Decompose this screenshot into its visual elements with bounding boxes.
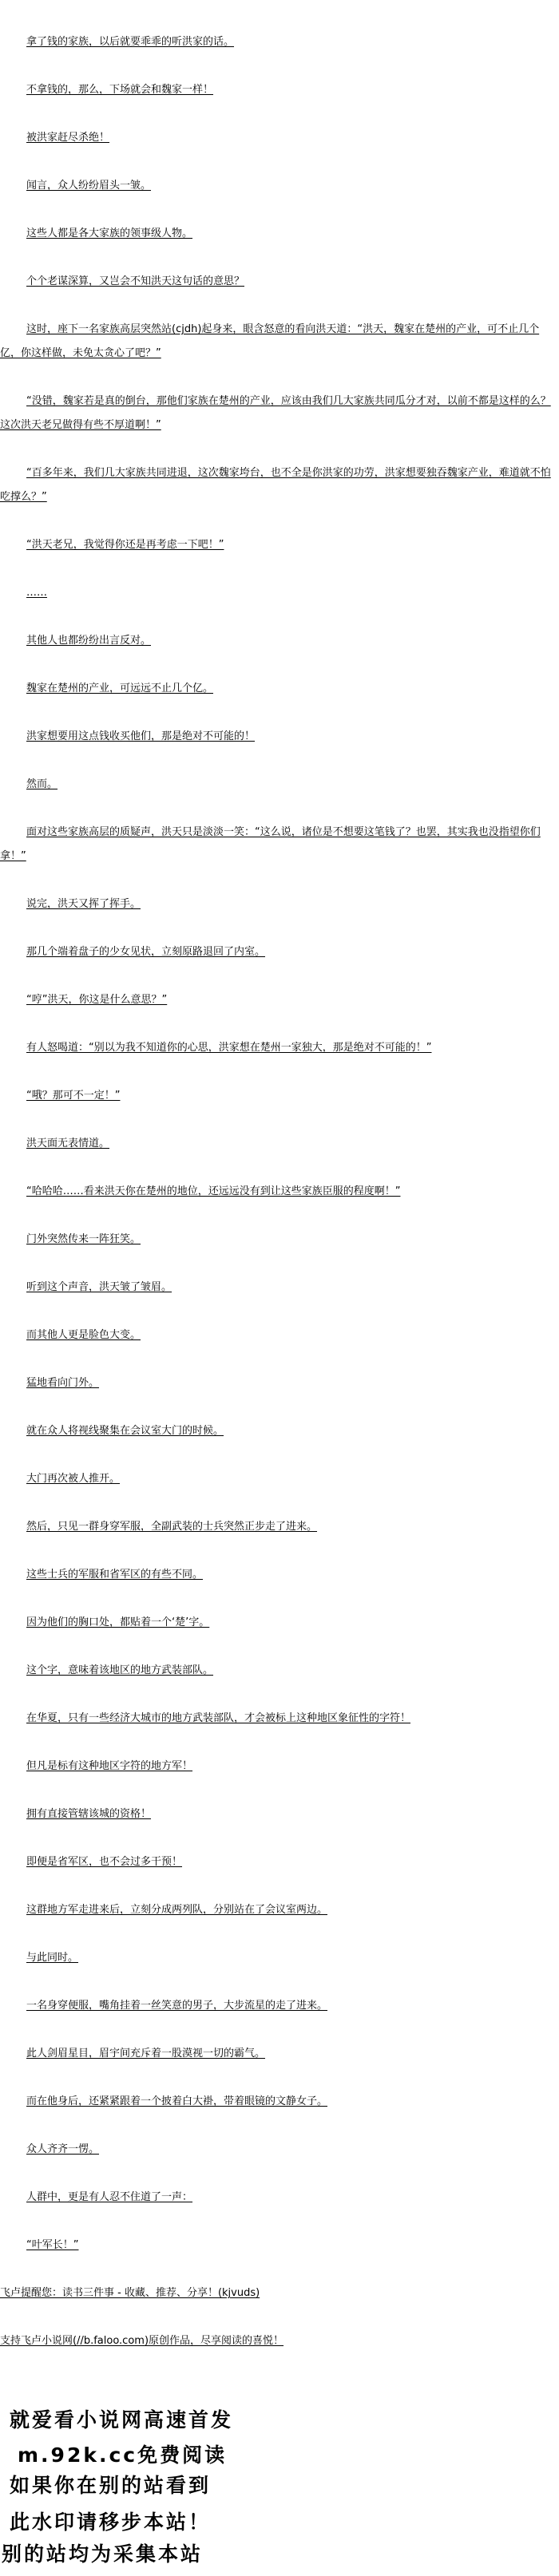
reading-reminder: 飞卢提醒您：读书三件事 - 收藏、推荐、分享！(kjvuds) <box>0 2281 551 2305</box>
paragraph: 这个字，意味着该地区的地方武装部队。 <box>0 1659 551 1683</box>
paragraph: “百多年来，我们几大家族共同进退，这次魏家垮台，也不全是你洪家的功劳，洪家想要独… <box>0 461 551 509</box>
paragraph: 面对这些家族高层的质疑声，洪天只是淡淡一笑：“这么说，诸位是不想要这笔钱了？也罢… <box>0 821 551 869</box>
paragraph: 拿了钱的家族，以后就要乖乖的听洪家的话。 <box>0 30 551 54</box>
paragraph: …… <box>0 581 551 605</box>
watermark-line: 别的站均为采集本站 <box>2 2538 203 2567</box>
paragraph: 听到这个声音，洪天皱了皱眉。 <box>0 1276 551 1300</box>
paragraph: 即便是省军区，也不会过多干预！ <box>0 1850 551 1874</box>
paragraph: 拥有直接管辖该城的资格！ <box>0 1802 551 1826</box>
paragraph: 因为他们的胸口处，都贴着一个‘楚’字。 <box>0 1611 551 1635</box>
paragraph: 那几个端着盘子的少女见状，立刻原路退回了内室。 <box>0 940 551 964</box>
paragraph: 有人怒喝道：“别以为我不知道你的心思，洪家想在楚州一家独大，那是绝对不可能的！” <box>0 1036 551 1060</box>
support-faloo-notice: 支持飞卢小说网(//b.faloo.com)原创作品，尽享阅读的喜悦！ <box>0 2329 551 2353</box>
paragraph: 然而。 <box>0 773 551 797</box>
paragraph: 被洪家赶尽杀绝！ <box>0 126 551 150</box>
article-body: 拿了钱的家族，以后就要乖乖的听洪家的话。 不拿钱的，那么，下场就会和魏家一样！ … <box>0 30 551 2377</box>
paragraph: “哦？那可不一定！” <box>0 1084 551 1108</box>
paragraph: 这些人都是各大家族的领事级人物。 <box>0 222 551 246</box>
paragraph: 而其他人更是脸色大变。 <box>0 1324 551 1347</box>
paragraph: “哈哈哈……看来洪天你在楚州的地位，还远远没有到让这些家族臣服的程度啊！” <box>0 1180 551 1204</box>
paragraph: 而在他身后，还紧紧跟着一个披着白大褂，带着眼镜的文静女子。 <box>0 2090 551 2114</box>
paragraph: 其他人也都纷纷出言反对。 <box>0 629 551 653</box>
paragraph: 这时，座下一名家族高层突然站(cjdh)起身来，眼含怒意的看向洪天道：“洪天，魏… <box>0 318 551 366</box>
paragraph: 然后，只见一群身穿军服，全副武装的士兵突然正步走了进来。 <box>0 1515 551 1539</box>
paragraph: “叶军长！” <box>0 2234 551 2257</box>
paragraph: “没错，魏家若是真的倒台，那他们家族在楚州的产业，应该由我们几大家族共同瓜分才对… <box>0 390 551 437</box>
paragraph: 众人齐齐一愣。 <box>0 2138 551 2162</box>
paragraph: 在华夏，只有一些经济大城市的地方武装部队，才会被标上这种地区象征性的字符！ <box>0 1707 551 1731</box>
paragraph: 此人剑眉星目，眉宇间充斥着一股漠视一切的霸气。 <box>0 2042 551 2066</box>
paragraph: 闻言，众人纷纷眉头一皱。 <box>0 174 551 198</box>
paragraph: 一名身穿便服，嘴角挂着一丝笑意的男子，大步流星的走了进来。 <box>0 1994 551 2018</box>
paragraph: 就在众人将视线聚集在会议室大门的时候。 <box>0 1419 551 1443</box>
paragraph: 门外突然传来一阵狂笑。 <box>0 1228 551 1252</box>
paragraph: 个个老谋深算，又岂会不知洪天这句话的意思？ <box>0 270 551 294</box>
paragraph: 魏家在楚州的产业，可远远不止几个亿。 <box>0 677 551 701</box>
paragraph: “洪天老兄，我觉得你还是再考虑一下吧！” <box>0 533 551 557</box>
paragraph: 不拿钱的，那么，下场就会和魏家一样！ <box>0 78 551 102</box>
paragraph: “哼”洪天，你这是什么意思？” <box>0 988 551 1012</box>
paragraph: 这些士兵的军服和省军区的有些不同。 <box>0 1563 551 1587</box>
watermark-line: 就爱看小说网高速首发 <box>10 2404 233 2433</box>
paragraph: 大门再次被人推开。 <box>0 1467 551 1491</box>
watermark-line: 如果你在别的站看到 <box>10 2470 211 2499</box>
paragraph: 洪家想要用这点钱收买他们，那是绝对不可能的！ <box>0 725 551 749</box>
paragraph: 说完，洪天又挥了挥手。 <box>0 892 551 916</box>
paragraph: 洪天面无表情道。 <box>0 1132 551 1156</box>
paragraph: 但凡是标有这种地区字符的地方军！ <box>0 1755 551 1779</box>
paragraph: 与此同时。 <box>0 1946 551 1970</box>
paragraph: 这群地方军走进来后，立刻分成两列队，分别站在了会议室两边。 <box>0 1898 551 1922</box>
watermark-line: 此水印请移步本站！ <box>10 2507 211 2535</box>
paragraph: 猛地看向门外。 <box>0 1371 551 1395</box>
watermark-line: m.92k.cc免费阅读 <box>18 2439 227 2468</box>
paragraph: 人群中，更是有人忍不住道了一声： <box>0 2186 551 2210</box>
